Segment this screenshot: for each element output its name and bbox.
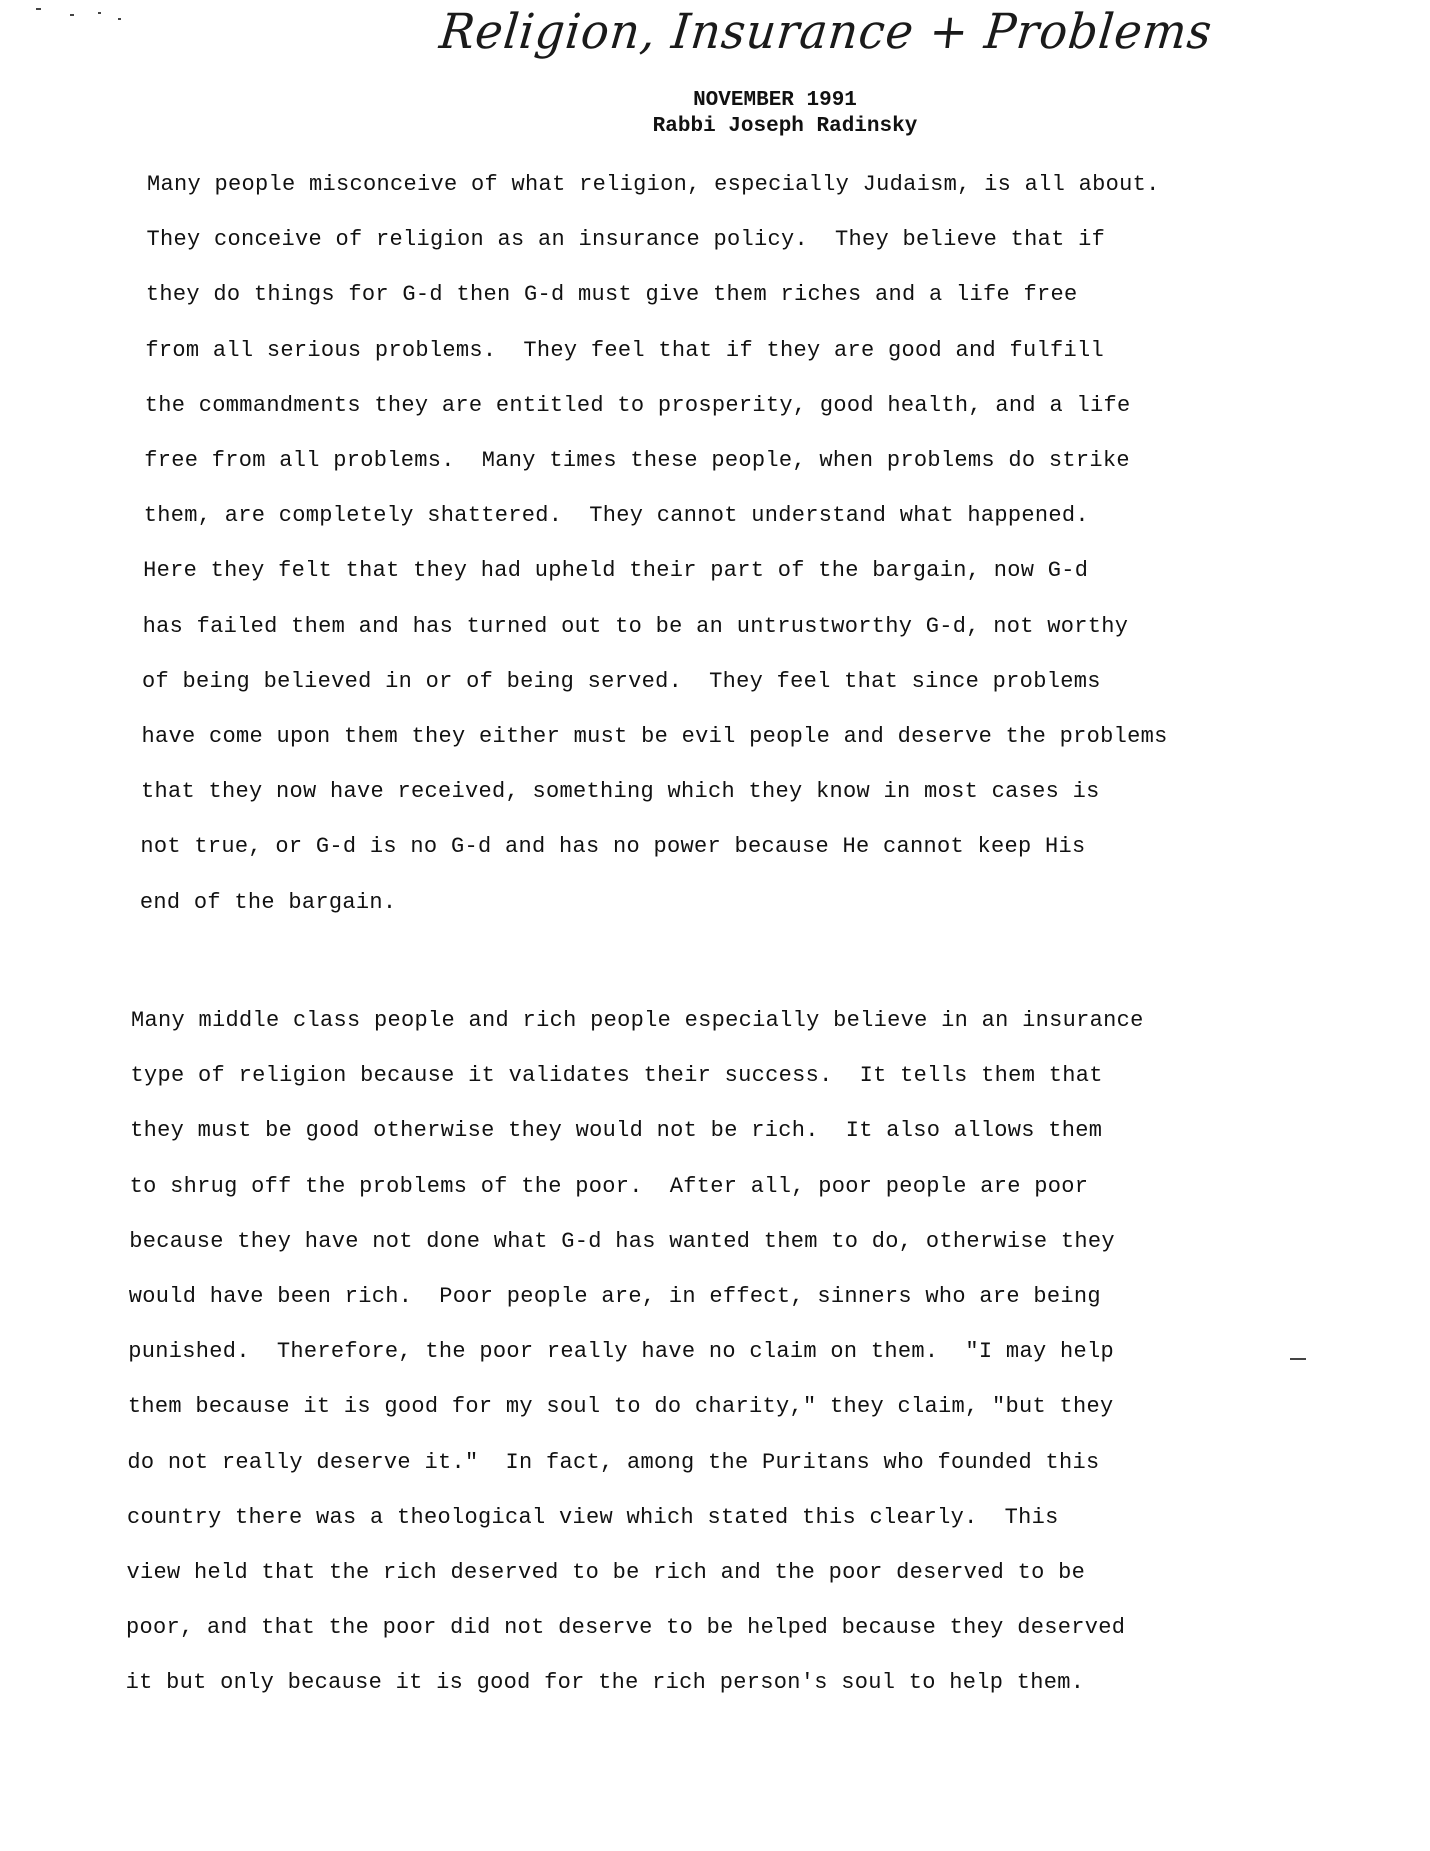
scan-speck [36, 8, 41, 10]
text-line: from all serious problems. They feel tha… [145, 338, 1104, 363]
text-line: country there was a theological view whi… [127, 1505, 1059, 1530]
text-line: to shrug off the problems of the poor. A… [130, 1174, 1089, 1199]
text-line: type of religion because it validates th… [131, 1063, 1103, 1088]
text-line: of being believed in or of being served.… [142, 669, 1101, 694]
text-line: has failed them and has turned out to be… [143, 614, 1129, 639]
text-line: because they have not done what G-d has … [129, 1229, 1115, 1254]
text-line: them, are completely shattered. They can… [144, 503, 1089, 528]
text-line: they must be good otherwise they would n… [130, 1118, 1102, 1143]
text-line: would have been rich. Poor people are, i… [129, 1284, 1101, 1309]
text-line: them because it is good for my soul to d… [128, 1394, 1114, 1419]
text-line: Many middle class people and rich people… [131, 1008, 1144, 1033]
scan-speck [70, 14, 74, 16]
text-line: not true, or G-d is no G-d and has no po… [140, 834, 1085, 859]
text-line: end of the bargain. [140, 890, 397, 915]
text-line: They conceive of religion as an insuranc… [146, 227, 1105, 252]
text-line: punished. Therefore, the poor really hav… [128, 1339, 1114, 1364]
text-line: have come upon them they either must be … [142, 724, 1168, 749]
text-line: poor, and that the poor did not deserve … [126, 1615, 1125, 1640]
text-line: view held that the rich deserved to be r… [127, 1560, 1086, 1585]
scan-speck [118, 18, 121, 20]
text-line: do not really deserve it." In fact, amon… [127, 1450, 1099, 1475]
text-line: Here they felt that they had upheld thei… [143, 558, 1088, 583]
text-line: free from all problems. Many times these… [144, 448, 1130, 473]
scan-speck [1290, 1358, 1306, 1360]
document-date: NOVEMBER 1991 [60, 89, 1430, 112]
text-line: Many people misconceive of what religion… [147, 172, 1160, 197]
text-line: it but only because it is good for the r… [126, 1670, 1085, 1695]
document-author: Rabbi Joseph Radinsky [70, 115, 1430, 138]
text-line: they do things for G-d then G-d must giv… [146, 282, 1078, 307]
text-line: the commandments they are entitled to pr… [145, 393, 1131, 418]
text-line: that they now have received, something w… [141, 779, 1100, 804]
handwritten-title: Religion, Insurance + Problems [437, 3, 1215, 60]
scan-speck [98, 12, 101, 14]
